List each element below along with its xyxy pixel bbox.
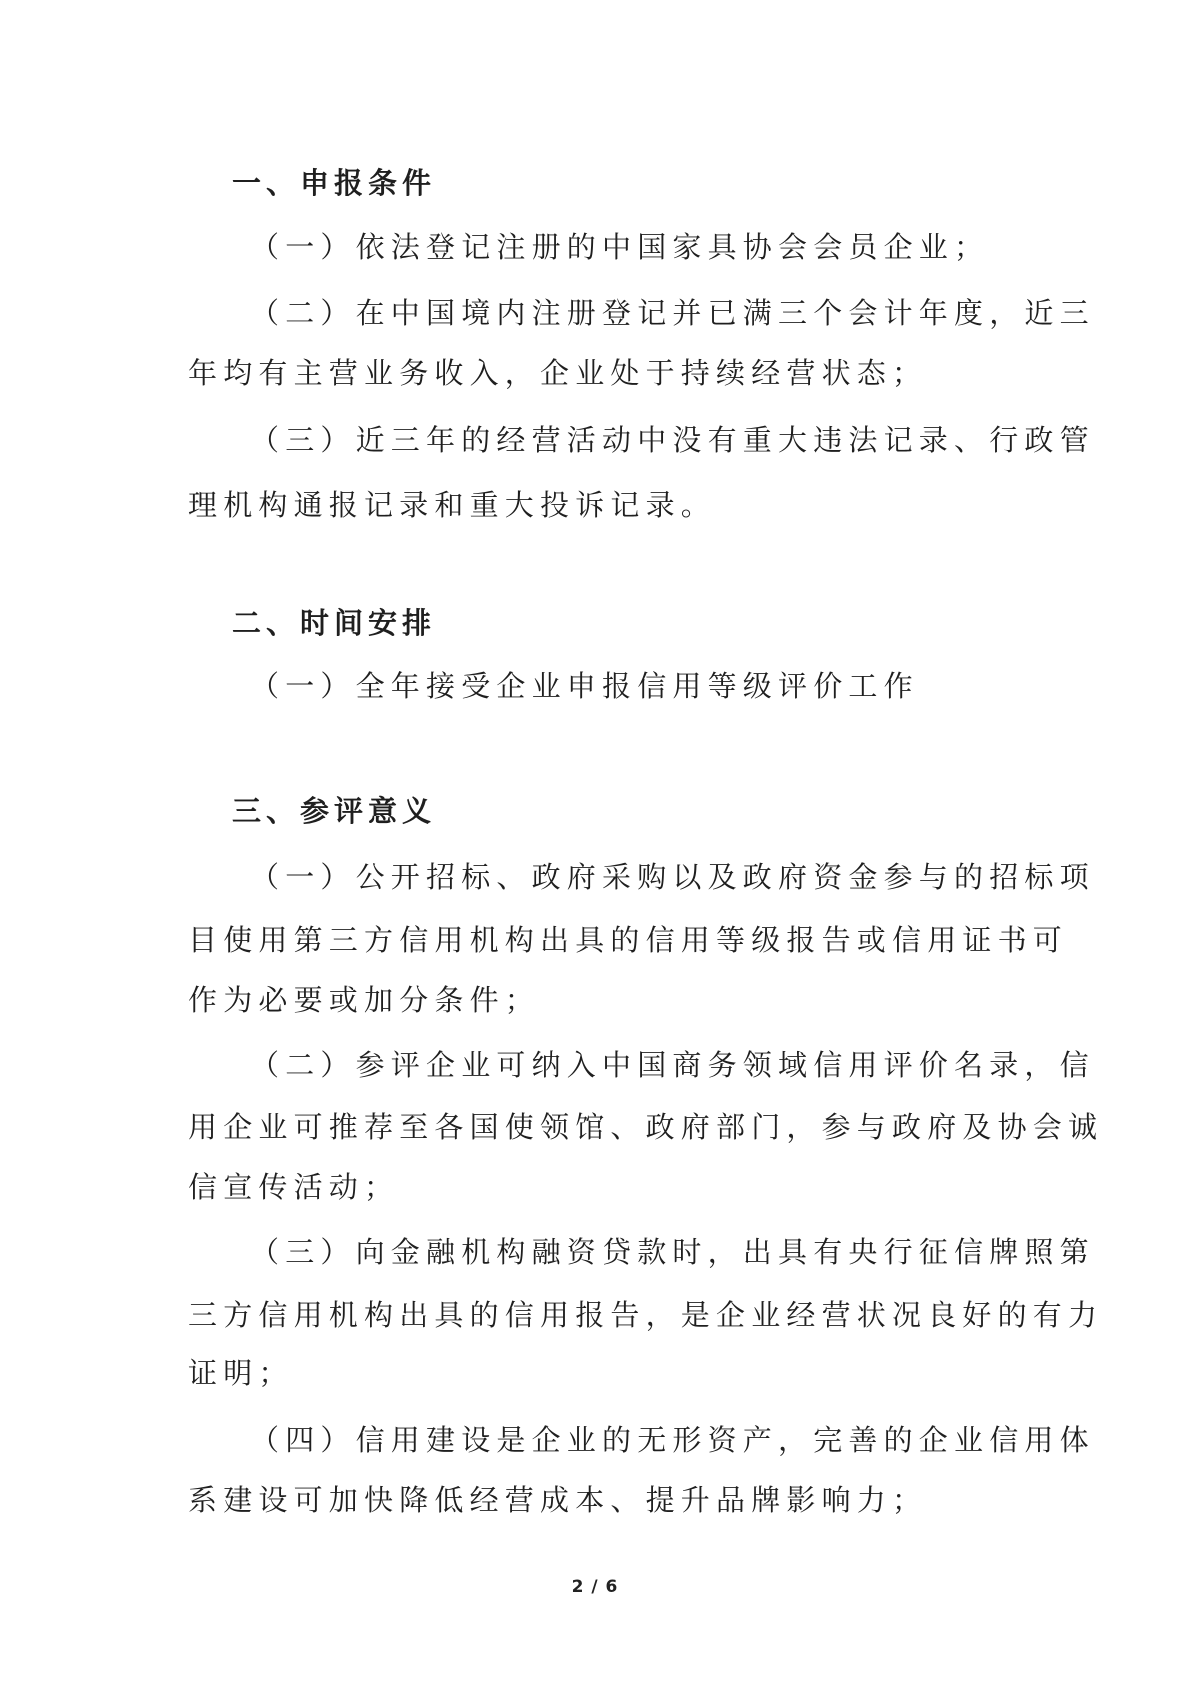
section-heading-significance: 三、参评意义	[232, 791, 1054, 831]
paragraph-line: 理机构通报记录和重大投诉记录。	[188, 485, 1010, 525]
paragraph-line: 年均有主营业务收入，企业处于持续经营状态；	[188, 353, 1010, 393]
paragraph-line: 信宣传活动；	[188, 1167, 1010, 1207]
section-heading-schedule: 二、时间安排	[232, 603, 1054, 643]
page-number: 2 / 6	[0, 1577, 1190, 1597]
paragraph-line: （三）向金融机构融资贷款时，出具有央行征信牌照第	[250, 1232, 1010, 1272]
paragraph-line: （一）公开招标、政府采购以及政府资金参与的招标项	[250, 857, 1010, 897]
paragraph-line: （一）依法登记注册的中国家具协会会员企业；	[250, 227, 1010, 267]
paragraph-line: 三方信用机构出具的信用报告，是企业经营状况良好的有力	[188, 1295, 1010, 1335]
paragraph-line: 作为必要或加分条件；	[188, 980, 1010, 1020]
document-page: 一、申报条件 （一）依法登记注册的中国家具协会会员企业； （二）在中国境内注册登…	[0, 0, 1190, 1682]
paragraph-line: 证明；	[188, 1353, 1010, 1393]
paragraph-line: 目使用第三方信用机构出具的信用等级报告或信用证书可	[188, 920, 1010, 960]
paragraph-line: （四）信用建设是企业的无形资产，完善的企业信用体	[250, 1420, 1010, 1460]
paragraph-line: （二）在中国境内注册登记并已满三个会计年度，近三	[250, 293, 1010, 333]
paragraph-line: （一）全年接受企业申报信用等级评价工作	[250, 666, 1010, 706]
paragraph-line: （二）参评企业可纳入中国商务领域信用评价名录，信	[250, 1045, 1010, 1085]
paragraph-line: 系建设可加快降低经营成本、提升品牌影响力；	[188, 1480, 1010, 1520]
paragraph-line: 用企业可推荐至各国使领馆、政府部门，参与政府及协会诚	[188, 1107, 1010, 1147]
paragraph-line: （三）近三年的经营活动中没有重大违法记录、行政管	[250, 420, 1010, 460]
section-heading-application-conditions: 一、申报条件	[232, 163, 1054, 203]
